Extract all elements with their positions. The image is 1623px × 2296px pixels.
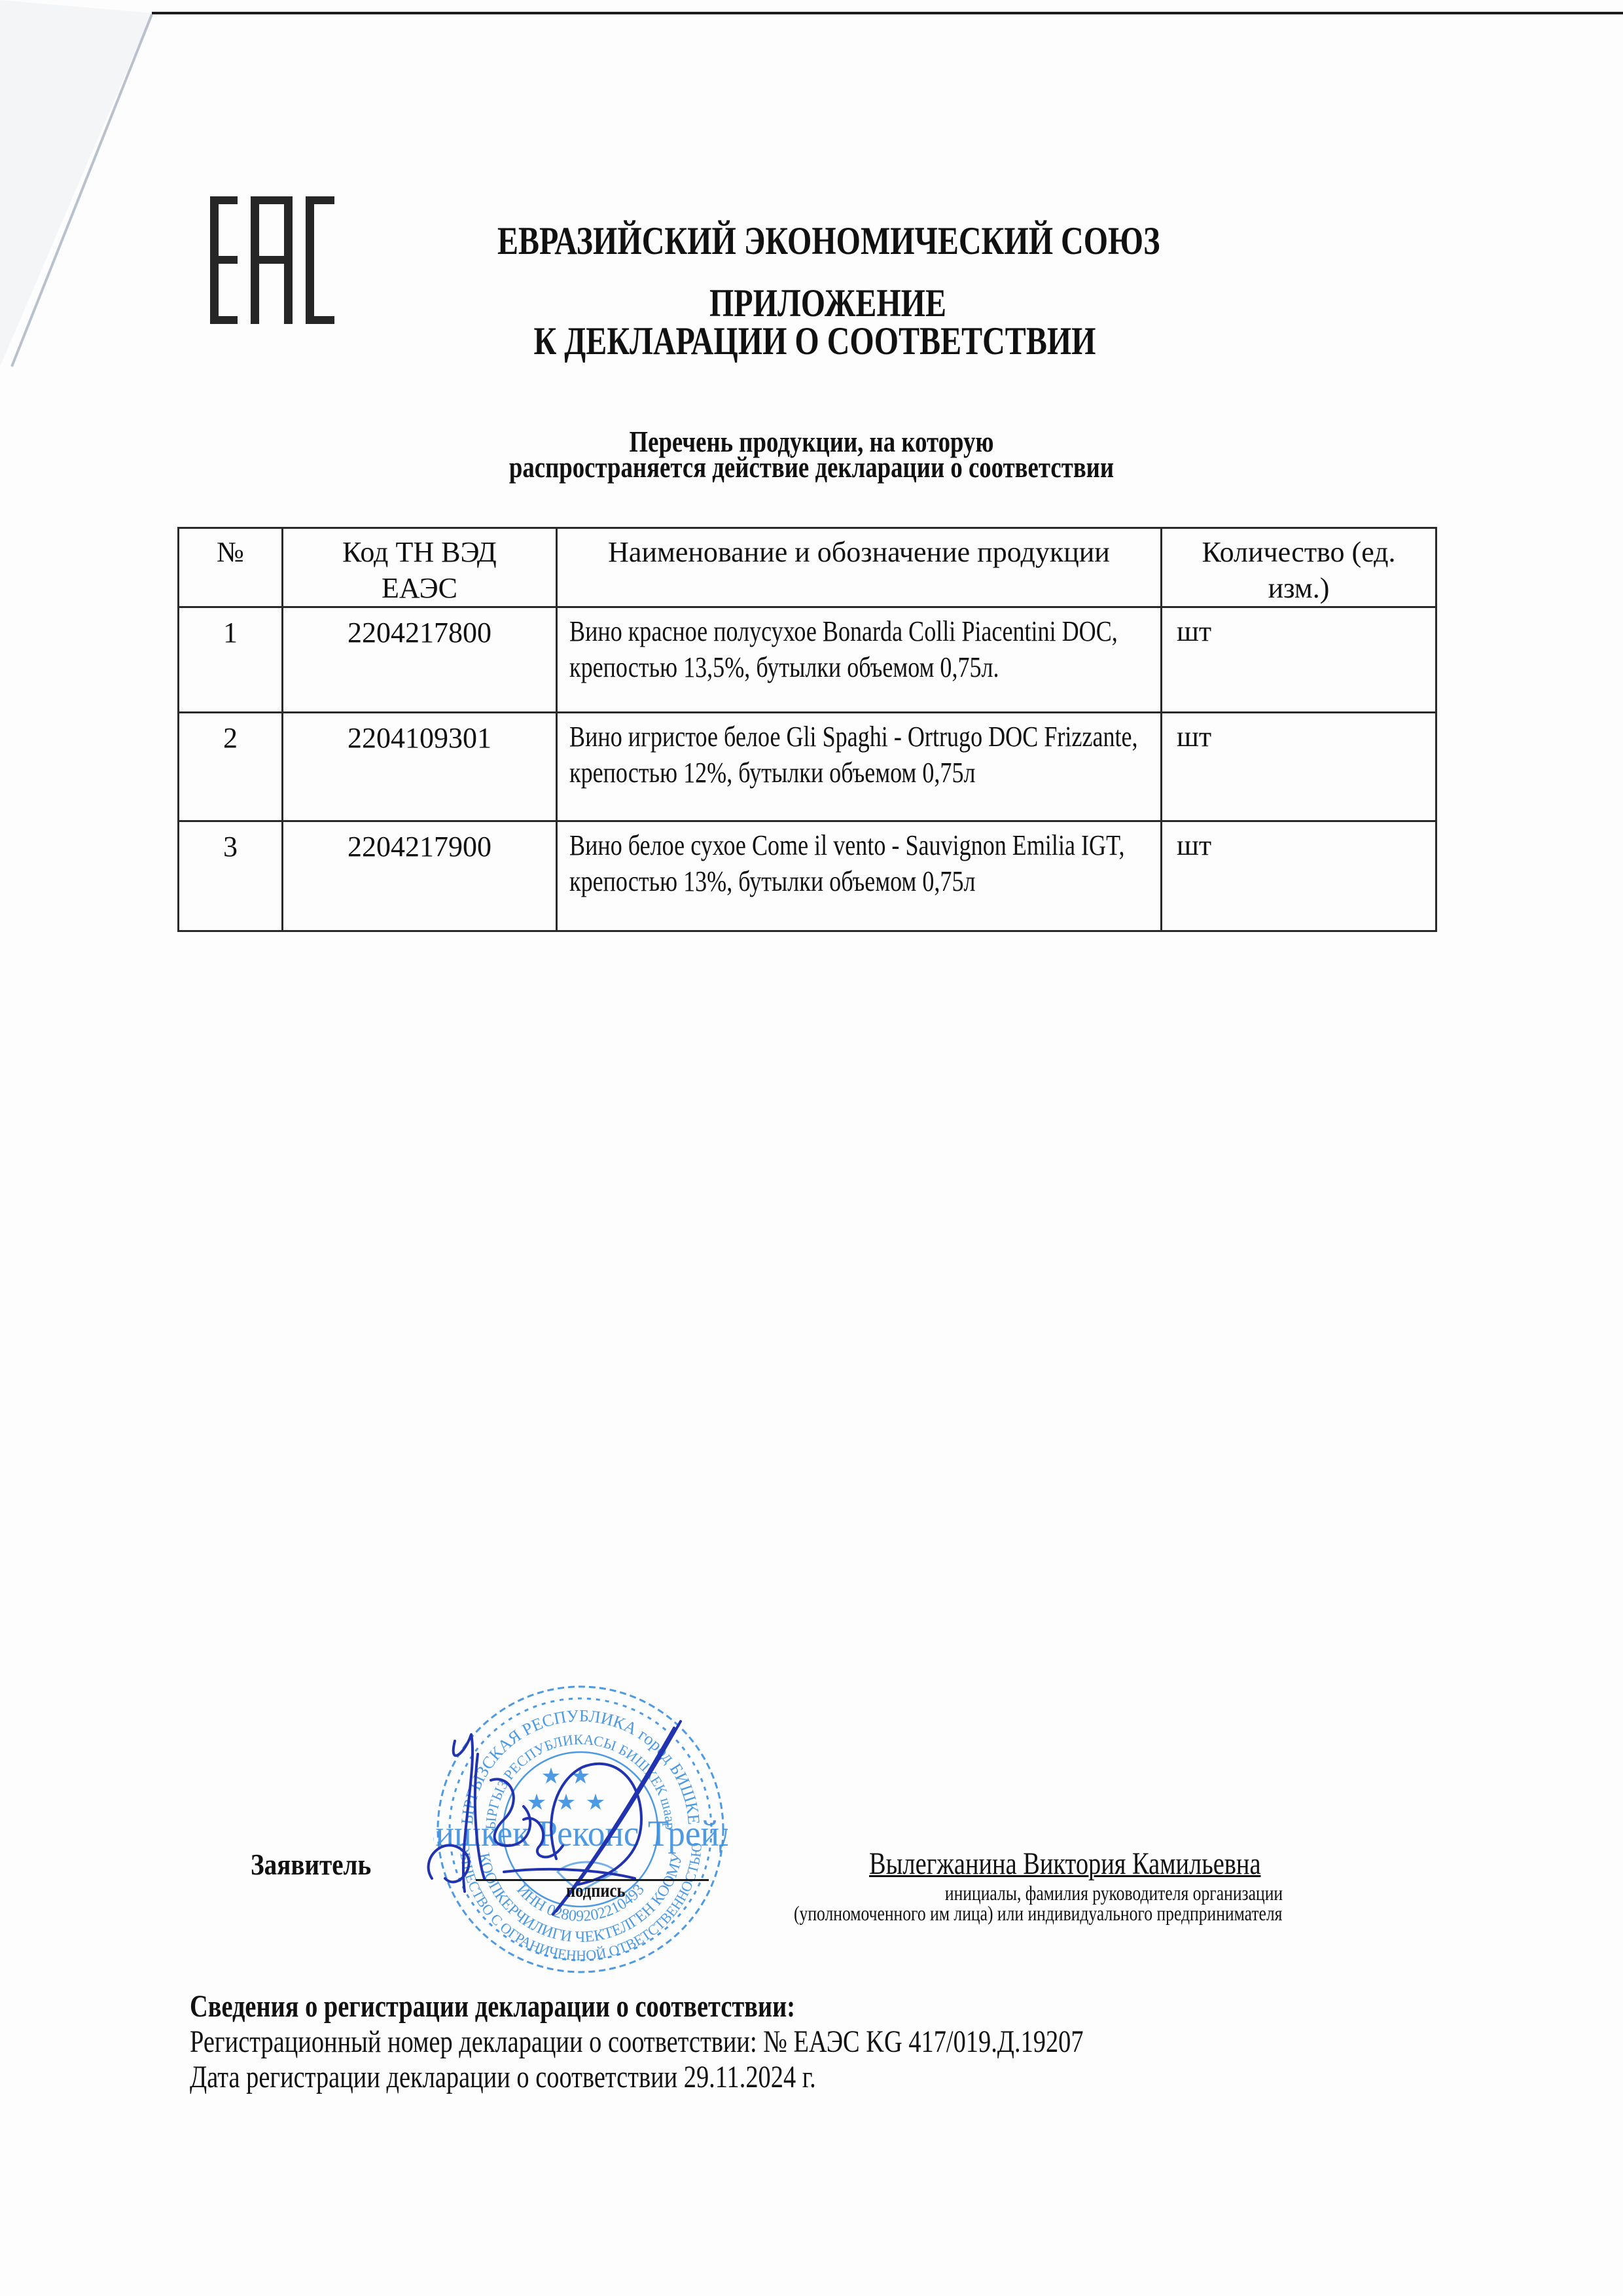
row-code: 2204217900 <box>283 821 557 931</box>
row-code: 2204217800 <box>283 607 557 713</box>
row-quantity: шт <box>1162 713 1436 821</box>
representative-caption-line-1: инициалы, фамилия руководителя организац… <box>870 1882 1357 1904</box>
row-code: 2204109301 <box>283 713 557 821</box>
applicant-label: Заявитель <box>251 1848 371 1881</box>
row-name: Вино белое сухое Come il vento - Sauvign… <box>557 821 1162 931</box>
products-table: № Код ТН ВЭД ЕАЭС Наименование и обознач… <box>177 527 1437 932</box>
column-header-code: Код ТН ВЭД ЕАЭС <box>283 528 557 607</box>
scan-top-edge <box>152 12 1623 14</box>
eac-logo-icon <box>210 196 334 324</box>
representative-name: Вылегжанина Виктория Камильевна <box>869 1847 1260 1881</box>
row-number: 1 <box>179 607 283 713</box>
subtitle-line-2: распространяется действие декларации о с… <box>497 451 1126 484</box>
declaration-title: К ДЕКЛАРАЦИИ О СООТВЕТСТВИИ <box>498 320 1132 362</box>
appendix-title: ПРИЛОЖЕНИЕ <box>501 282 1155 324</box>
row-name: Вино красное полусухое Bonarda Colli Pia… <box>557 607 1162 713</box>
table-row: 1 2204217800 Вино красное полусухое Bona… <box>179 607 1436 713</box>
registration-heading: Сведения о регистрации декларации о соот… <box>190 1990 795 2024</box>
row-number: 2 <box>179 713 283 821</box>
row-number: 3 <box>179 821 283 931</box>
table-row: 2 2204109301 Вино игристое белое Gli Spa… <box>179 713 1436 821</box>
row-quantity: шт <box>1162 821 1436 931</box>
signature-icon <box>393 1715 687 1924</box>
table-header-row: № Код ТН ВЭД ЕАЭС Наименование и обознач… <box>179 528 1436 607</box>
row-name: Вино игристое белое Gli Spaghi - Ortrugo… <box>557 713 1162 821</box>
union-title: ЕВРАЗИЙСКИЙ ЭКОНОМИЧЕСКИЙ СОЮЗ <box>497 220 1126 262</box>
column-header-number: № <box>179 528 283 607</box>
signature-caption: подпись <box>566 1880 625 1902</box>
column-header-name: Наименование и обозначение продукции <box>557 528 1162 607</box>
table-row: 3 2204217900 Вино белое сухое Come il ve… <box>179 821 1436 931</box>
column-header-quantity: Количество (ед. изм.) <box>1162 528 1436 607</box>
registration-date: Дата регистрации декларации о соответств… <box>190 2060 816 2094</box>
representative-caption-line-2: (уполномоченного им лица) или индивидуал… <box>794 1902 1282 1924</box>
row-quantity: шт <box>1162 607 1436 713</box>
registration-number: Регистрационный номер декларации о соотв… <box>190 2025 1084 2059</box>
